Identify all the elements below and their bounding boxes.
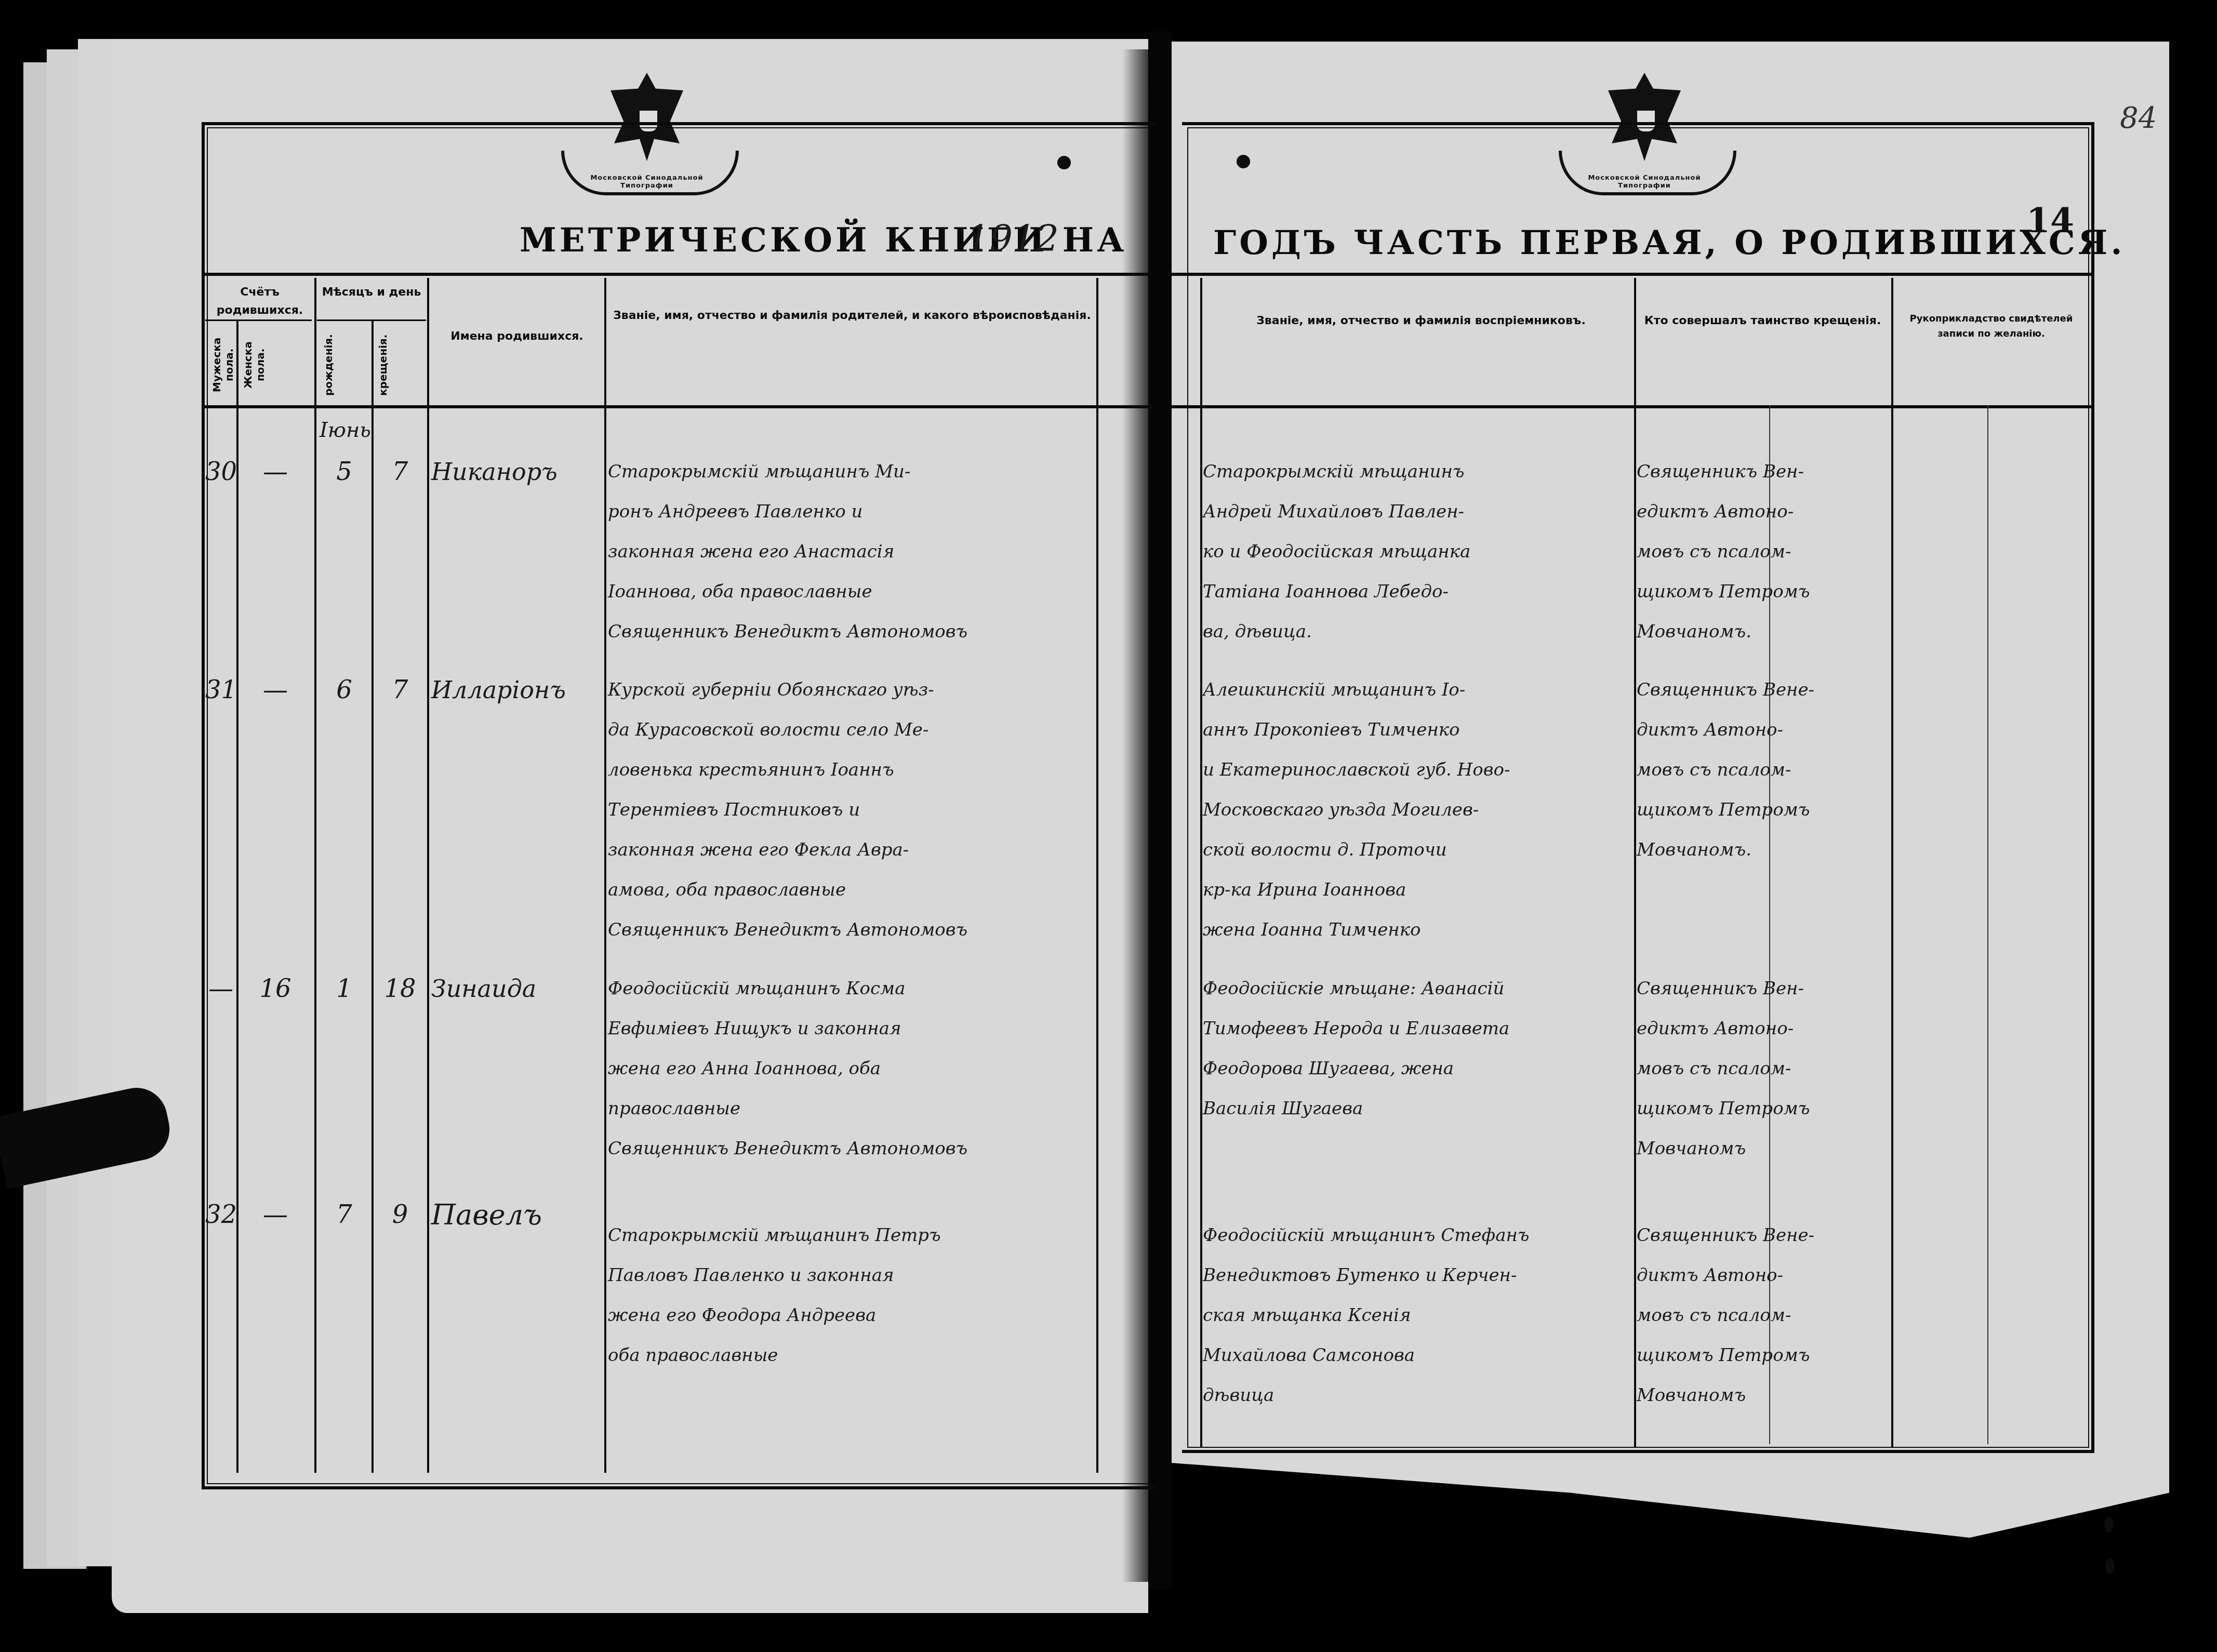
rule <box>1634 278 1636 1447</box>
header-date-birth: рожденія. <box>322 327 346 403</box>
entry-officiant: Священникъ Вене- диктъ Автоно- мовъ съ п… <box>1637 670 1891 870</box>
entry-godparents: Алешкинскій мѣщанинъ Іо- аннъ Прокопіевъ… <box>1203 670 1634 950</box>
entry-godparents: Феодосійскіе мѣщане: Аѳанасій Тимофеевъ … <box>1203 969 1634 1129</box>
entry-male-no: 30 <box>205 452 236 492</box>
entry-baptism-day: 18 <box>374 969 426 1009</box>
header-count: Счётъ родившихся. <box>205 283 314 319</box>
entry-officiant: Священникъ Вен- едиктъ Автоно- мовъ съ п… <box>1637 969 1891 1169</box>
entry-officiant: Священникъ Вен- едиктъ Автоно- мовъ съ п… <box>1637 452 1891 652</box>
entry-birth-day: 7 <box>317 1195 371 1235</box>
rule <box>427 278 429 1473</box>
rule <box>202 405 1152 408</box>
entry-male-no: 31 <box>205 670 236 710</box>
entry-godparents: Феодосійскій мѣщанинъ Стефанъ Венедиктов… <box>1203 1216 1634 1416</box>
rule <box>314 278 316 1473</box>
entry-officiant: Священникъ Вене- диктъ Автоно- мовъ съ п… <box>1637 1216 1891 1416</box>
entry-female-no: 16 <box>239 969 312 1009</box>
entry-baptism-day: 7 <box>374 452 426 492</box>
entry-name: Илларіонъ <box>431 670 603 710</box>
rule <box>1172 273 2091 276</box>
header-godparents: Званіе, имя, отчество и фамилія воспріем… <box>1211 312 1631 330</box>
entry-name: Никаноръ <box>431 452 603 492</box>
header-count-male: Мужеска пола. <box>210 327 234 403</box>
rule <box>236 319 238 1473</box>
entry-parents: Феодосійскій мѣщанинъ Косма Евфиміевъ Ни… <box>608 969 1096 1169</box>
rule <box>1891 278 1893 1447</box>
entry-female-no: — <box>239 1195 312 1235</box>
entry-parents: Старокрымскій мѣщанинъ Ми- ронъ Андреевъ… <box>608 452 1096 652</box>
rule <box>1987 405 1988 1444</box>
entry-name: Павелъ <box>431 1195 603 1235</box>
rule <box>205 319 312 321</box>
entry-birth-day: 5 <box>317 452 371 492</box>
month-label: Іюнь <box>320 410 423 450</box>
entry-male-no: 32 <box>205 1195 236 1235</box>
punch-hole <box>2104 1517 2114 1533</box>
entry-name: Зинаида <box>431 969 603 1009</box>
header-date: Мѣсяцъ и день <box>317 283 426 301</box>
entry-male-no: — <box>205 969 236 1009</box>
rule <box>371 319 374 1473</box>
entry-godparents: Старокрымскій мѣщанинъ Андрей Михайловъ … <box>1203 452 1634 652</box>
entry-baptism-day: 7 <box>374 670 426 710</box>
rule <box>1172 405 2091 408</box>
entry-birth-day: 1 <box>317 969 371 1009</box>
rule <box>1096 278 1098 1473</box>
entry-parents: Курской губерніи Обоянскаго уѣз- да Кура… <box>608 670 1096 950</box>
header-count-female: Женска пола. <box>242 327 265 403</box>
rule <box>604 278 606 1473</box>
entry-parents: Старокрымскій мѣщанинъ Петръ Павловъ Пав… <box>608 1216 1096 1376</box>
header-witnesses: Рукоприкладство свидѣтелей записи по жел… <box>1894 312 2089 342</box>
punch-hole <box>2105 1558 2115 1574</box>
header-officiant: Кто совершалъ таинство крещенія. <box>1637 312 1889 330</box>
folio-number: 84 <box>2120 101 2157 135</box>
rule <box>1200 278 1202 1447</box>
header-date-baptism: крещенія. <box>377 327 400 403</box>
entry-female-no: — <box>239 670 312 710</box>
rule <box>202 273 1152 276</box>
entry-baptism-day: 9 <box>374 1195 426 1235</box>
entry-birth-day: 6 <box>317 670 371 710</box>
entry-female-no: — <box>239 452 312 492</box>
header-parents: Званіе, имя, отчество и фамилія родителе… <box>610 307 1094 325</box>
header-names: Имена родившихся. <box>431 327 603 345</box>
